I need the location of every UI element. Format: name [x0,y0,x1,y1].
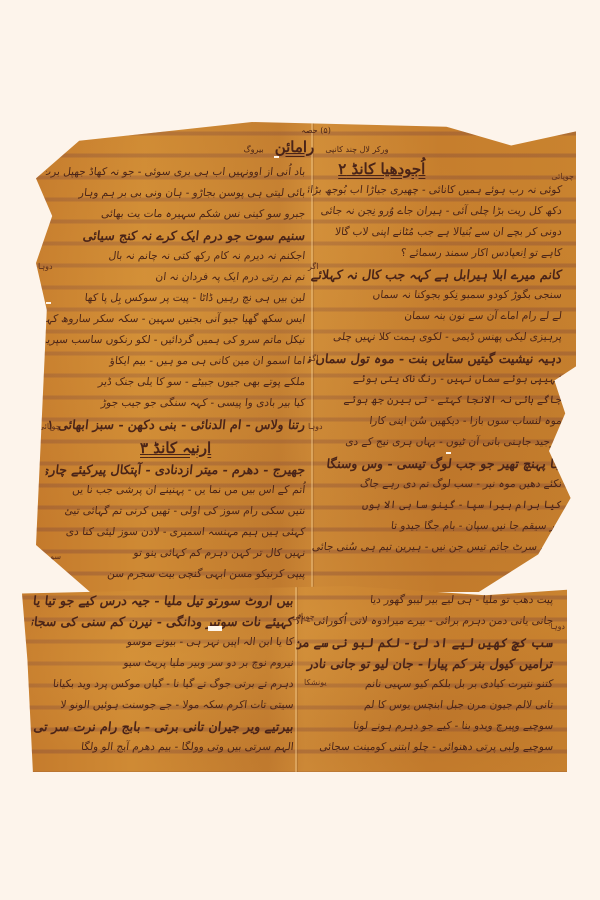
text-line: لین بیں ہی نچ رہیں ڈاٹا - پیت پر سوکس بِ… [45,288,306,309]
text-line: کہئی ہیں ہیم مہنسہ اسمیری - لادن سوز لیئ… [45,522,306,543]
text-line: کاہے تو اِنعپادس اکار سمند رسمائے ؟ [307,243,563,264]
paper-damage-speck [274,156,279,158]
text-line: نکئے دھیں موہ نیر - سب لوگ تم دی رہے جاگ [307,474,563,495]
text-line: دکھ کل ریت بڑا چلی آئی - ہیران جاے وُرو … [307,201,563,222]
text-line: سب کچ کھیں لیے اد لئ - لکم لبو نی سے من … [296,632,554,653]
text-line: جھیرج - دھرم - میتر ازدنادی - آپتکال پیر… [45,459,306,480]
title-note: ورکر لال چند کانپی [325,145,388,154]
paper-damage-speck [208,626,222,631]
text-line: سوچیے وپیرچ ویدو بنا - کیے جو دہرم ہونے … [296,716,554,737]
title-small-above: (۵) حصہ [196,126,436,136]
text-line: نیکل ماتم سرو کی ہمیں گردائیں - لکو رنکو… [45,330,306,351]
text-line: موہ لنساب سوں بازا - دیکھیں سُن اینی کار… [307,411,563,432]
text-line: ترامیں کیول بنر کم پیارا - جان لیو تو جا… [296,653,554,674]
section-heading-ayodhya-kand: اُجودھیا کانڈ ۲ [308,158,562,180]
text-line: اُتم کے اس بیں مں نما یں - پہنینے ان پرش… [45,480,306,501]
text-line: پیت دھب تو ملیا - ہی لیے بیر لیبو گھور د… [296,590,554,611]
text-line: بیرتیے ویر جیران تانی برتی - بابج رام نر… [31,716,295,737]
text-line: کا یا ابن الہ اپیں نہر ہی - بیونے موسو [31,632,295,653]
right-column: پیت دھب تو ملیا - ہی لیے بیر لیبو گھور د… [297,590,553,758]
text-line: پیپی کرنیکو مسن ابہی گنچی بیت سجرم سن [45,564,306,585]
text-line: نہیپی ہوئے سماں نہیں - رنگ ناک یتی ہوئے [307,369,563,390]
section-heading-aranya-kand: ارنیہ کانڈ ۳ [46,437,305,459]
left-column: باد اُنی از اوونہیں اب ہی بری سوئی - جو … [46,162,305,585]
text-line: جانی یانی دمن دہرم برائی - بیرے میرادوہ … [296,611,554,632]
margin-note: چوپائی [551,172,574,181]
text-line: پرہیزی لیکی پھنس ڈیمی - لکوی ہمت کلا نہی… [307,327,563,348]
margin-note: دوہا [308,422,323,431]
text-line: جبرو سو کینی نس شکم سہیرہ مات یت بھائی [45,204,306,225]
text-line: دہیہ نیشیت گیتیں ستایں بنت - موہ تول سما… [307,348,563,369]
title-block: (۵) حصہ ورکر لال چند کانپی رامائن بیروگ [196,126,436,158]
text-line: کتنو نتیرت کیادی بر بل بلکم کیو سہیی نان… [296,674,554,695]
text-line: اما اسمو ان مین کانی ہی مو ہیں - بیم ایک… [45,351,306,372]
text-line: نم نم رتی درم ایک پہ فردان نہ ان [45,267,306,288]
paper-damage-speck [46,302,51,304]
manuscript-fragment-top: (۵) حصہ ورکر لال چند کانپی رامائن بیروگ … [36,122,576,592]
left-column: بیں اروٹ سورتو تیل ملیا - جیہ درس کیے جو… [32,590,294,758]
margin-note: اگر [308,354,318,363]
text-line: سنجی بگوڑ کودو سمبو نِکو بجوکنا نہ سماں [307,285,563,306]
text-line: دہرم تے برتی جوگ تے گیا نا - گیاں موکس پ… [31,674,295,695]
manuscript-scan: (۵) حصہ ورکر لال چند کانپی رامائن بیروگ … [0,0,600,900]
margin-note: یونشکا [304,678,327,687]
title-center: رامائن [275,136,315,158]
text-line: بیر سیقم جا نیں سپان - بام جگا جیدو تا [307,516,563,537]
text-line: کانم میرے ابلا ہیرابل ہے کہہ جب کال نہ ک… [307,264,563,285]
paper-damage-speck [446,452,451,454]
text-line: ایس سکھ گھیا جیو آنی بجنیں سہین - سکہ سک… [45,309,306,330]
text-line: اجکنم نہ دیرم نہ کام رکھ کتی نہ چانم نہ … [45,246,306,267]
margin-note: سورٹھا [38,552,61,561]
text-line: جانی سرٹ جاتم تیس جن نیں - ہیرین تیم ہی … [307,537,563,558]
right-column: اُجودھیا کانڈ ۲ کوئی نہ رب ہوئے ہمیں کان… [308,158,562,558]
text-line: ملکے پوتے بھی جیوں جبیٹے - سو کا یلی جنک… [45,372,306,393]
text-line: کیا برام بیرا سپا - گینو سا ہی الا ہوں [307,495,563,516]
margin-note: دوہا [550,622,565,631]
text-line: دونی کر بچے ان سے بُنیالا ہے جب مُٹانے ا… [307,222,563,243]
margin-note: دوہا [38,262,53,271]
text-line: بیں اروٹ سورتو تیل ملیا - جیہ درس کیے جو… [31,590,295,611]
text-line: جا پہنچ تھیر جو جب لوگ تیسی - وس وسنگا [307,453,563,474]
text-line: سوچیے ولبی پرتی دھنوائی - چلو ابتنی کومی… [296,737,554,758]
text-line: نتیں سکی رام سوز کی اولی - تھیں کرنی تم … [45,501,306,522]
text-line: کہیئے نات سوتیر ودانگی - نیرن کم سنی کی … [31,611,295,632]
text-line: باد اُنی از اوونہیں اب ہی بری سوئی - جو … [45,162,306,183]
text-line: جاگے بائی نہ الانجا کہتے - تی بیرن جھ ہو… [307,390,563,411]
title-prefix: بیروگ [244,145,264,154]
text-line: نہیں کال تر کہن دہرم کم کہائی ینو تو [45,543,306,564]
margin-note: چوپائی [38,422,61,431]
margin-note: اگر [308,262,318,271]
text-line: الہم سرتی بیں وتی وولگا - بیم دھرم آبج ا… [31,737,295,758]
text-line: سنیم سوت جو درم ایک کرے نہ کنج سیائی [45,225,306,246]
text-line: نیروم نوچ بر دو سر وبیر ملیا پریٹ سیو [31,653,295,674]
text-line: بائی لیتی ہی پوسن بجاڑو - ہان ونی بی بر … [45,183,306,204]
text-line: بیرجید جاہنی بانی آن ٹیوں - یہاں ہری نیج… [307,432,563,453]
margin-note: چوپائی [292,612,315,621]
text-line: کیا بیر بادی وا پیسی - کہہ سنگی جو جیب ج… [45,393,306,414]
text-line: تانی لالم جیون مرن جبل ابنچس یوس کا لم [296,695,554,716]
manuscript-fragment-bottom: پیت دھب تو ملیا - ہی لیے بیر لیبو گھور د… [22,586,567,772]
text-line: لے لے رام اماے آن سے نون بنہ سمان [307,306,563,327]
text-line: رتنا ولاس - ام الدنائی - بنی دکھن - سبز … [45,414,306,435]
text-line: سیتی تات اکرم سکہ مولا - جے جوسنت ہوئیں … [31,695,295,716]
text-line: کوئی نہ رب ہوئے ہمیں کانائی - چھیری جیاڑ… [307,180,563,201]
